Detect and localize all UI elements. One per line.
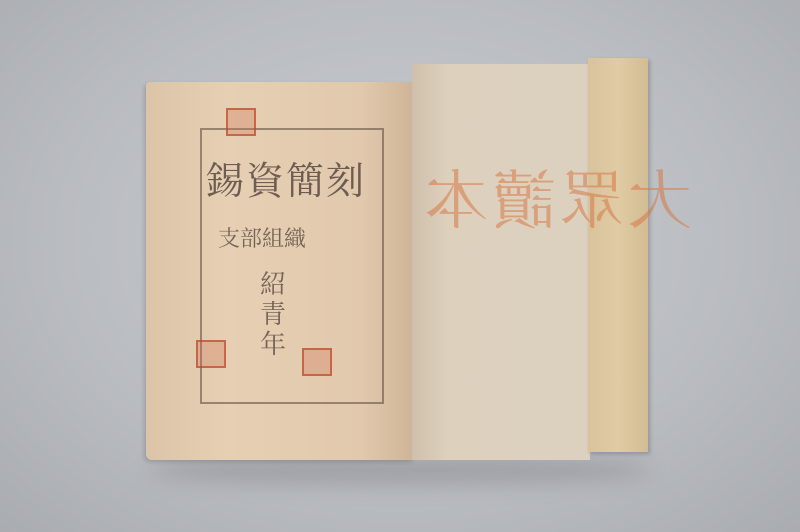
right-page [412, 64, 590, 460]
seal-bottom-left [196, 340, 226, 368]
book-spine [588, 58, 648, 452]
seal-top-left [226, 108, 256, 136]
bleed-through-text: 大眾讀本 [420, 150, 692, 242]
seal-bottom-right [302, 348, 332, 376]
cover-center-text: 紹 青 年 [260, 270, 286, 360]
cover-subtitle: 支部組織 [218, 222, 306, 253]
cover-title: 錫資簡刻 [206, 150, 376, 205]
